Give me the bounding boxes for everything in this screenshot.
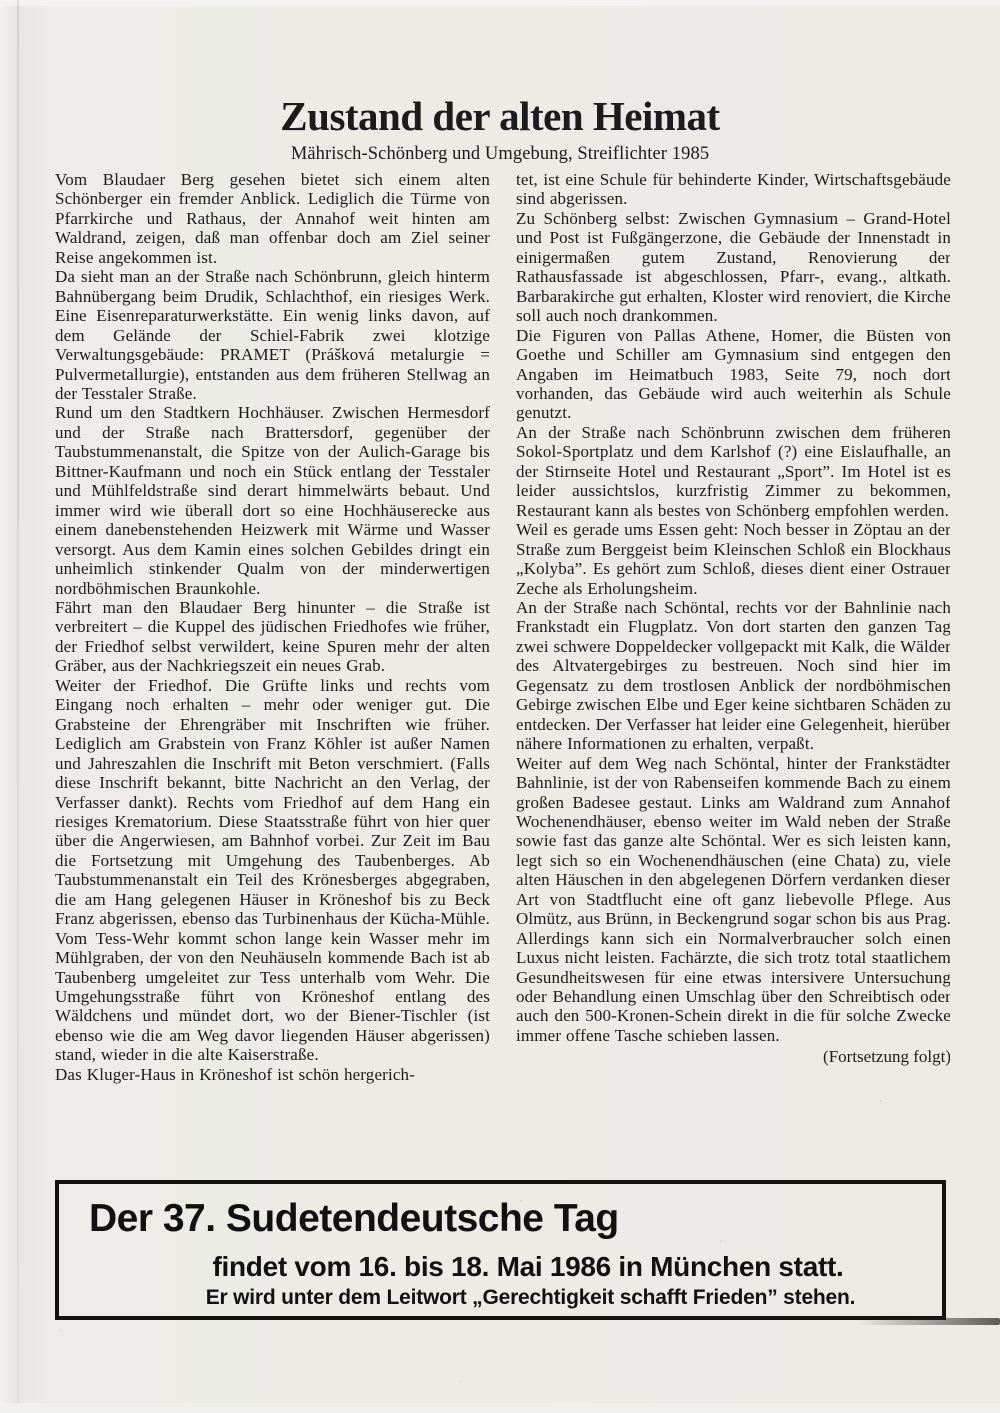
paragraph: An der Straße nach Schönbrunn zwischen d… xyxy=(516,423,950,520)
announcement-title: Der 37. Sudetendeutsche Tag xyxy=(89,1198,942,1241)
right-column: tet, ist eine Schule für behinderte Kind… xyxy=(516,170,950,1162)
paragraph: Rund um den Stadtkern Hochhäuser. Zwisch… xyxy=(55,403,490,598)
paragraph: An der Straße nach Schöntal, rechts vor … xyxy=(516,598,950,754)
announcement-motto-line: Er wird unter dem Leitwort „Gerechtigkei… xyxy=(59,1286,942,1310)
paragraph: Das Kluger-Haus in Kröneshof ist schön h… xyxy=(55,1065,490,1084)
article-subtitle: Mährisch-Schönberg und Umgebung, Streifl… xyxy=(0,144,1000,165)
right-column-paragraphs: tet, ist eine Schule für behinderte Kind… xyxy=(516,170,950,1045)
paragraph: Weil es gerade ums Essen geht: Noch bess… xyxy=(516,520,950,598)
announcement-box: Der 37. Sudetendeutsche Tag findet vom 1… xyxy=(55,1180,946,1320)
announcement-date-line: findet vom 16. bis 18. Mai 1986 in Münch… xyxy=(59,1251,942,1283)
continuation-note: (Fortsetzung folgt) xyxy=(516,1047,950,1066)
paragraph: Fährt man den Blaudaer Berg hinunter – d… xyxy=(55,598,490,676)
article-title: Zustand der alten Heimat xyxy=(0,94,1000,139)
paragraph: Da sieht man an der Straße nach Schönbru… xyxy=(55,267,490,403)
scanned-newsletter-page: Zustand der alten Heimat Mährisch-Schönb… xyxy=(0,0,1000,1413)
scan-smudge xyxy=(856,1318,1000,1325)
paragraph: Weiter auf dem Weg nach Schöntal, hinter… xyxy=(516,754,950,1046)
article-header: Zustand der alten Heimat Mährisch-Schönb… xyxy=(0,94,1000,165)
scan-edge-top xyxy=(0,0,1000,6)
left-column: Vom Blaudaer Berg gesehen bietet sich ei… xyxy=(55,170,490,1162)
scan-edge-bottom xyxy=(0,1403,1000,1413)
paragraph: Zu Schönberg selbst: Zwischen Gymnasium … xyxy=(516,209,950,326)
article-body: Vom Blaudaer Berg gesehen bietet sich ei… xyxy=(55,170,950,1162)
paragraph: Weiter der Friedhof. Die Grüfte links un… xyxy=(55,676,490,1065)
paragraph: Vom Blaudaer Berg gesehen bietet sich ei… xyxy=(55,170,490,267)
paragraph: tet, ist eine Schule für behinderte Kind… xyxy=(516,170,950,209)
scan-edge-seam xyxy=(17,0,19,1413)
paragraph: Die Figuren von Pallas Athene, Homer, di… xyxy=(516,326,950,423)
